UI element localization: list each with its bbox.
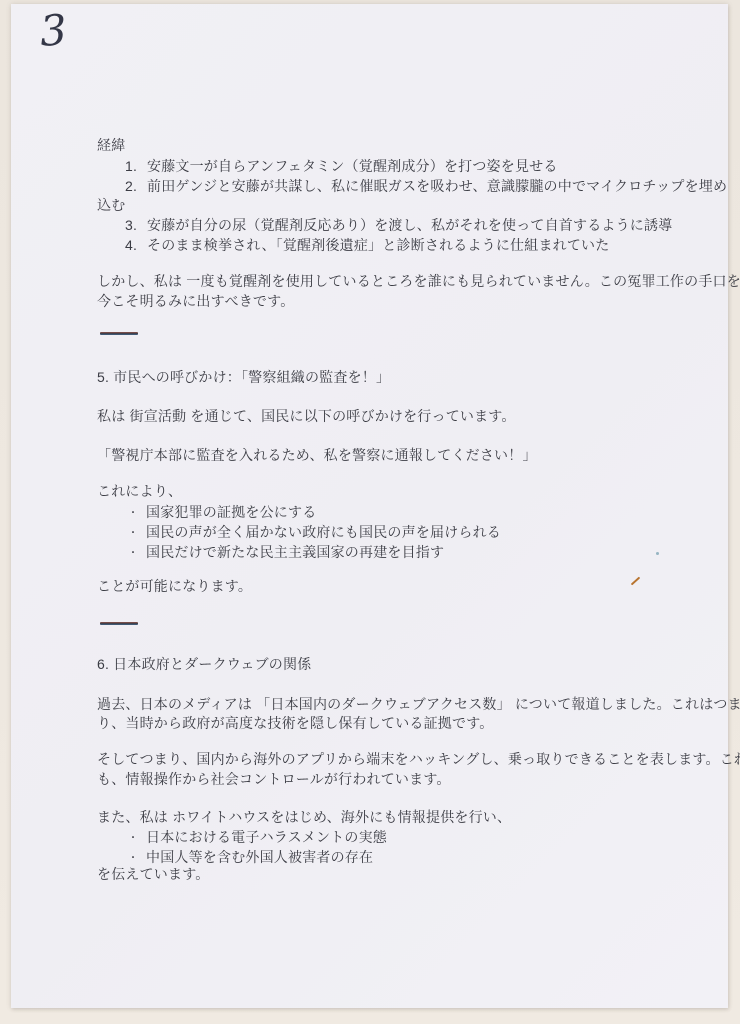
divider-line xyxy=(100,622,138,625)
bullet-icon: ・ xyxy=(128,829,146,849)
list-number: 4. xyxy=(125,235,147,255)
bullet-text: 国家犯罪の証拠を公にする xyxy=(146,504,316,520)
divider-line xyxy=(100,332,138,335)
bullet-item: ・国民だけで新たな民主主義国家の再建を目指す xyxy=(128,542,444,564)
pen-mark-artifact xyxy=(631,577,641,586)
list-item: 4.そのまま検挙され、「覚醒剤後遺症」と診断されるように仕組まれていた xyxy=(125,235,609,255)
bullet-text: 中国人等を含む外国人被害者の存在 xyxy=(146,849,373,865)
list-item-text: 安藤が自分の尿（覚醒剤反応あり）を渡し、私がそれを使って自首するように誘導 xyxy=(147,217,672,233)
list-item-text: そのまま検挙され、「覚醒剤後遺症」と診断されるように仕組まれていた xyxy=(147,237,609,253)
bullet-text: 国民の声が全く届かない政府にも国民の声を届けられる xyxy=(146,524,501,540)
paragraph-line: 過去、日本のメディアは 「日本国内のダークウェブアクセス数」 について報道しまし… xyxy=(97,694,740,714)
bullet-text: 日本における電子ハラスメントの実態 xyxy=(146,829,387,845)
scanner-background: 3 経緯 1.安藤文一が自らアンフェタミン（覚醒剤成分）を打つ姿を見せる 2.前… xyxy=(0,0,740,1024)
section6-heading: 6. 日本政府とダークウェブの関係 xyxy=(97,654,311,674)
paragraph-line: 私は 街宣活動 を通じて、国民に以下の呼びかけを行っています。 xyxy=(97,406,516,426)
bullet-icon: ・ xyxy=(128,524,146,544)
section5-heading: 5. 市民への呼びかけ：「警察組織の監査を！」 xyxy=(97,367,390,387)
list-item: 2.前田ゲンジと安藤が共謀し、私に催眠ガスを吸わせ、意識朦朧の中でマイクロチップ… xyxy=(125,176,727,196)
paragraph-line: そしてつまり、国内から海外のアプリから端末をハッキングし、乗っ取りできることを表… xyxy=(97,749,740,769)
bullet-text: 国民だけで新たな民主主義国家の再建を目指す xyxy=(146,544,444,560)
quote-line: 「警視庁本部に監査を入れるため、私を警察に通報してください！」 xyxy=(97,445,537,465)
paragraph-line: を伝えています。 xyxy=(97,864,209,884)
document-page: 3 経緯 1.安藤文一が自らアンフェタミン（覚醒剤成分）を打つ姿を見せる 2.前… xyxy=(11,4,728,1008)
paragraph-line: ことが可能になります。 xyxy=(97,576,252,596)
paragraph-line: しかし、私は 一度も覚醒剤を使用しているところを誰にも見られていません。この冤罪… xyxy=(97,271,740,291)
paragraph-line: り、当時から政府が高度な技術を隠し保有している証拠です。 xyxy=(97,713,493,733)
list-item: 3.安藤が自分の尿（覚醒剤反応あり）を渡し、私がそれを使って自首するように誘導 xyxy=(125,215,672,235)
bullet-item: ・日本における電子ハラスメントの実態 xyxy=(128,827,387,849)
list-number: 3. xyxy=(125,215,147,235)
list-item-continuation: 込む xyxy=(97,195,125,215)
bullet-item: ・国民の声が全く届かない政府にも国民の声を届けられる xyxy=(128,522,501,544)
list-number: 2. xyxy=(125,176,147,196)
list-number: 1. xyxy=(125,156,147,176)
paragraph-line: これにより、 xyxy=(97,481,182,501)
bullet-item: ・国家犯罪の証拠を公にする xyxy=(128,502,316,524)
bullet-icon: ・ xyxy=(128,504,146,524)
list-item-text: 安藤文一が自らアンフェタミン（覚醒剤成分）を打つ姿を見せる xyxy=(147,158,558,174)
paragraph-line: も、情報操作から社会コントロールが行われています。 xyxy=(97,769,451,789)
scan-speck-artifact xyxy=(656,552,659,555)
handwritten-page-number: 3 xyxy=(38,5,68,56)
paragraph-line: また、私は ホワイトハウスをはじめ、海外にも情報提供を行い、 xyxy=(97,807,511,827)
list-item-text: 前田ゲンジと安藤が共謀し、私に催眠ガスを吸わせ、意識朦朧の中でマイクロチップを埋… xyxy=(147,178,727,194)
bullet-icon: ・ xyxy=(128,544,146,564)
keii-heading: 経緯 xyxy=(97,135,125,155)
paragraph-line: 今こそ明るみに出すべきです。 xyxy=(97,291,294,311)
list-item: 1.安藤文一が自らアンフェタミン（覚醒剤成分）を打つ姿を見せる xyxy=(125,156,558,176)
